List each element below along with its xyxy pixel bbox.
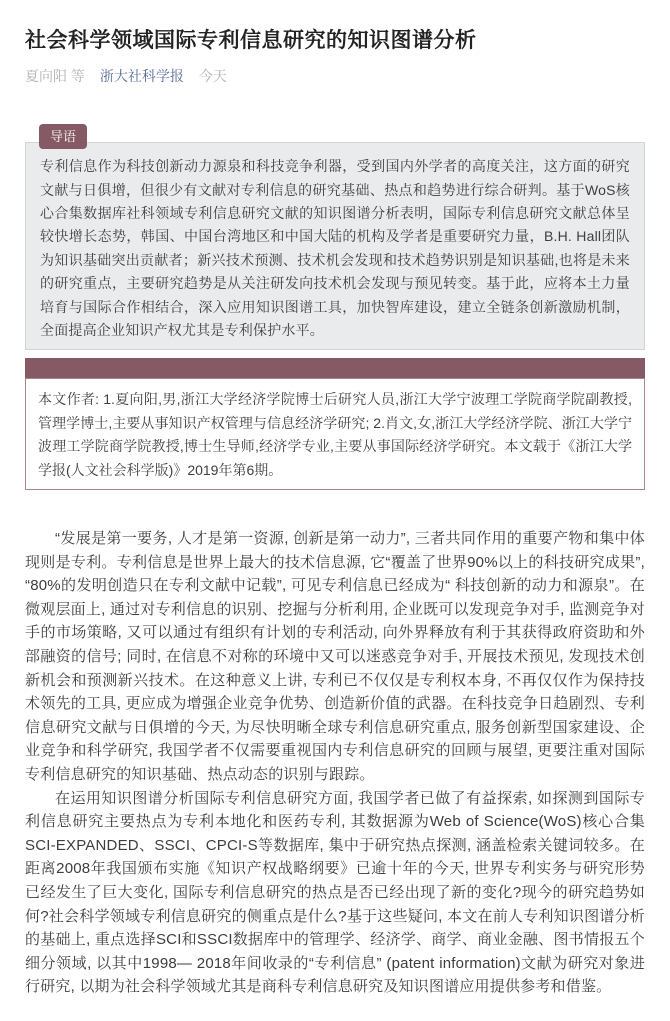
intro-text: 专利信息作为科技创新动力源泉和科技竞争利器，受到国内外学者的高度关注，这方面的研… xyxy=(25,142,645,350)
page-title: 社会科学领域国际专利信息研究的知识图谱分析 xyxy=(25,27,645,55)
author-name: 夏向阳 等 xyxy=(25,68,85,85)
article-page: 社会科学领域国际专利信息研究的知识图谱分析 夏向阳 等 浙大社科学报 今天 导语… xyxy=(0,0,670,1021)
article-body: “发展是第一要务, 人才是第一资源, 创新是第一动力”, 三者共同作用的重要产物… xyxy=(25,527,645,999)
article-paragraph: 在运用知识图谱分析国际专利信息研究方面, 我国学者已做了有益探索, 如探测到国际… xyxy=(25,787,645,999)
author-note-bar xyxy=(25,358,645,378)
article-paragraph: “发展是第一要务, 人才是第一资源, 创新是第一动力”, 三者共同作用的重要产物… xyxy=(25,527,645,787)
author-note-section: 本文作者: 1.夏向阳,男,浙江大学经济学院博士后研究人员,浙江大学宁波理工学院… xyxy=(25,358,645,490)
intro-badge: 导语 xyxy=(39,124,87,149)
byline: 夏向阳 等 浙大社科学报 今天 xyxy=(25,68,645,85)
account-link[interactable]: 浙大社科学报 xyxy=(100,68,184,85)
publish-date: 今天 xyxy=(199,68,227,85)
intro-section: 导语 专利信息作为科技创新动力源泉和科技竞争利器，受到国内外学者的高度关注，这方… xyxy=(25,142,645,350)
author-note-text: 本文作者: 1.夏向阳,男,浙江大学经济学院博士后研究人员,浙江大学宁波理工学院… xyxy=(25,378,645,490)
